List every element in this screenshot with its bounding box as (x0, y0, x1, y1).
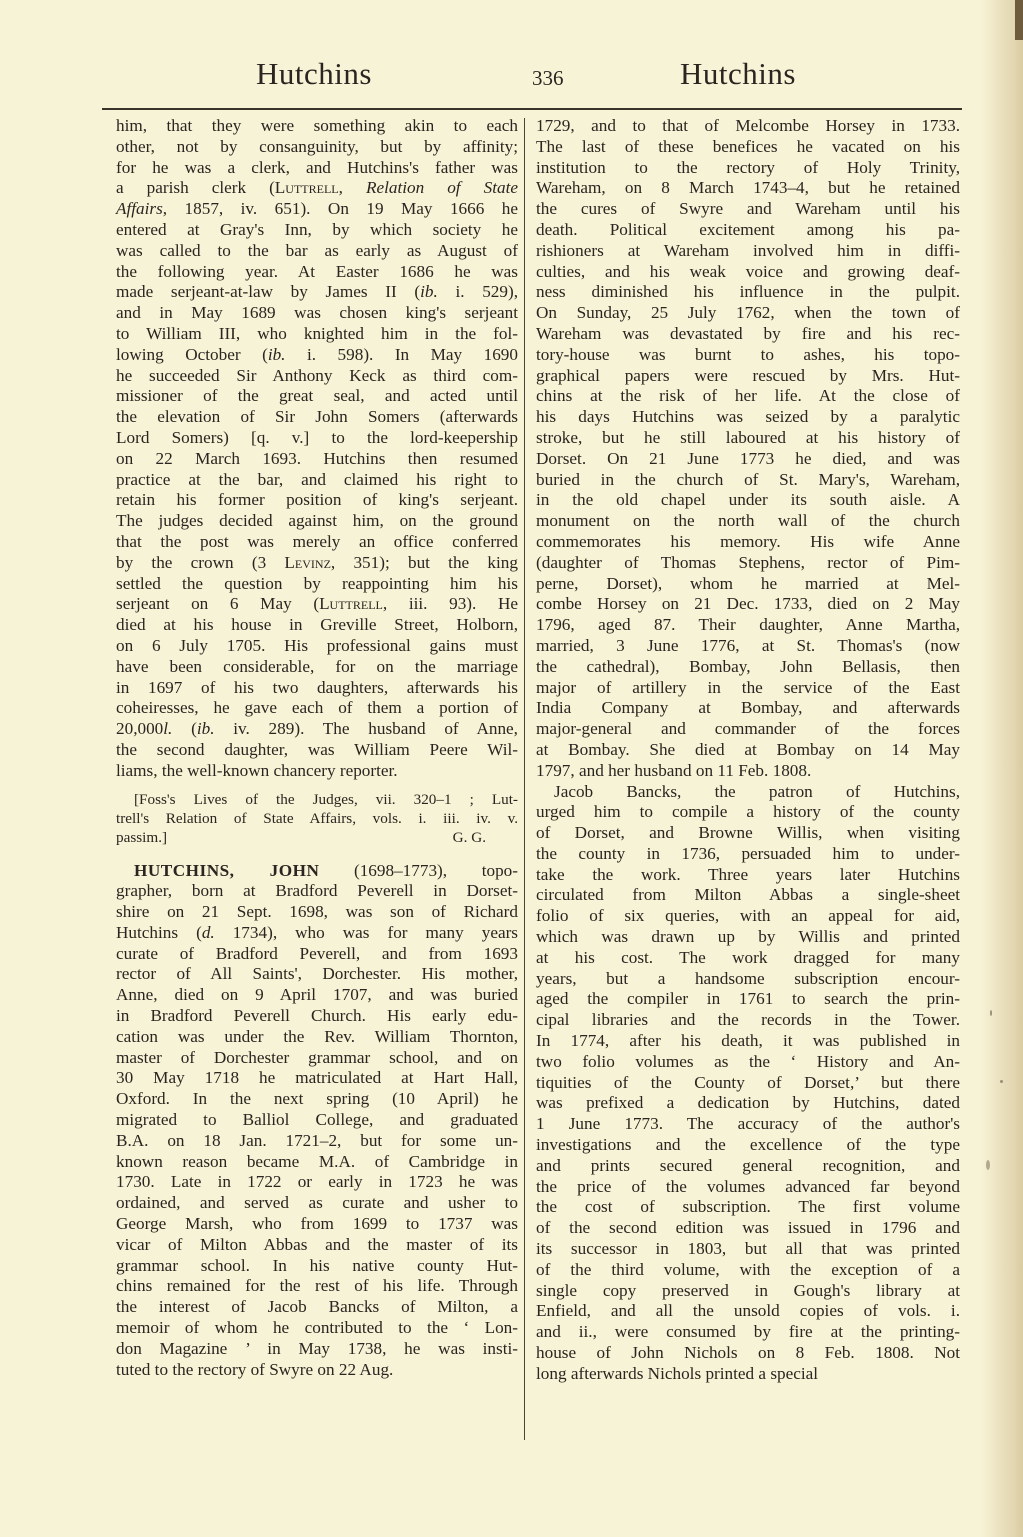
text-line: of the second edition was issued in 1796… (536, 1218, 960, 1239)
text-line: graphical papers were rescued by Mrs. Hu… (536, 366, 960, 387)
text-line: ness diminished his influence in the pul… (536, 282, 960, 303)
text-line: rector of All Saints', Dorchester. His m… (116, 964, 518, 985)
text-line: tiquities of the County of Dorset,’ but … (536, 1073, 960, 1094)
text-line: other, not by consanguinity, but by affi… (116, 137, 518, 158)
page-number: 336 (532, 66, 564, 91)
text-line: The judges decided against him, on the g… (116, 511, 518, 532)
text-line: major-general and commander of the force… (536, 719, 960, 740)
text-line: a parish clerk (Luttrell, Relation of St… (116, 178, 518, 199)
text-line: On Sunday, 25 July 1762, when the town o… (536, 303, 960, 324)
text-line: serjeant on 6 May (Luttrell, iii. 93). H… (116, 594, 518, 615)
text-line: take the work. Three years later Hutchin… (536, 865, 960, 886)
text-line: married, 3 June 1776, at St. Thomas's (n… (536, 636, 960, 657)
text-line: settled the question by reappointing him… (116, 574, 518, 595)
text-line: don Magazine ’ in May 1738, he was insti… (116, 1339, 518, 1360)
text-line: 1 June 1773. The accuracy of the author'… (536, 1114, 960, 1135)
header-left-title: Hutchins (256, 56, 372, 92)
text-line: In 1774, after his death, it was publish… (536, 1031, 960, 1052)
text-line: investigations and the excellence of the… (536, 1135, 960, 1156)
text-line: aged the compiler in 1761 to search the … (536, 989, 960, 1010)
text-line: major of artillery in the service of the… (536, 678, 960, 699)
text-line: George Marsh, who from 1699 to 1737 was (116, 1214, 518, 1235)
text-line: practice at the bar, and claimed his rig… (116, 470, 518, 491)
text-line: tuted to the rectory of Swyre on 22 Aug. (116, 1360, 518, 1381)
text-line: grapher, born at Bradford Peverell in Do… (116, 881, 518, 902)
text-line: curate of Bradford Peverell, and from 16… (116, 944, 518, 965)
text-line: which was drawn up by Willis and printed (536, 927, 960, 948)
text-line: missioner of the great seal, and acted u… (116, 386, 518, 407)
text-line: Lord Somers) [q. v.] to the lord-keepers… (116, 428, 518, 449)
paragraph-history-of-dorset: Jacob Bancks, the patron of Hutchins,urg… (536, 782, 960, 1385)
text-line: Affairs, 1857, iv. 651). On 19 May 1666 … (116, 199, 518, 220)
text-line: that the post was merely an office confe… (116, 532, 518, 553)
text-line: India Company at Bombay, and afterwards (536, 698, 960, 719)
text-line: master of Dorchester grammar school, and… (116, 1048, 518, 1069)
text-line: commemorates his memory. His wife Anne (536, 532, 960, 553)
text-line: ordained, and served as curate and usher… (116, 1193, 518, 1214)
text-line: in 1697 of his two daughters, afterwards… (116, 678, 518, 699)
text-line: trell's Relation of State Affairs, vols.… (116, 809, 518, 828)
column-divider (524, 118, 525, 1440)
text-line: 1797, and her husband on 11 Feb. 1808. (536, 761, 960, 782)
text-line: its successor in 1803, but all that was … (536, 1239, 960, 1260)
text-line: (daughter of Thomas Stephens, rector of … (536, 553, 960, 574)
text-line: the cost of subscription. The first volu… (536, 1197, 960, 1218)
text-line: by the crown (3 Levinz, 351); but the ki… (116, 553, 518, 574)
text-line: Anne, died on 9 April 1707, and was buri… (116, 985, 518, 1006)
text-line: for he was a clerk, and Hutchins's fathe… (116, 158, 518, 179)
text-line: stroke, but he still laboured at his his… (536, 428, 960, 449)
text-line: lowing October (ib. i. 598). In May 1690 (116, 345, 518, 366)
text-line: buried in the church of St. Mary's, Ware… (536, 470, 960, 491)
text-line: years, but a handsome subscription encou… (536, 969, 960, 990)
text-line: to William III, who knighted him in the … (116, 324, 518, 345)
text-line: Dorset. On 21 June 1773 he died, and was (536, 449, 960, 470)
text-line: him, that they were something akin to ea… (116, 116, 518, 137)
text-line: the county in 1736, persuaded him to und… (536, 844, 960, 865)
text-line: death. Political excitement among his pa… (536, 220, 960, 241)
paragraph-john-hutchins-entry: HUTCHINS, JOHN (1698–1773), topo-grapher… (116, 861, 518, 1381)
text-line: have been considerable, for on the marri… (116, 657, 518, 678)
running-header: Hutchins 336 Hutchins (100, 56, 962, 106)
text-line: memoir of whom he contributed to the ‘ L… (116, 1318, 518, 1339)
text-line: chins at the risk of her life. At the cl… (536, 386, 960, 407)
text-line: long afterwards Nichols printed a specia… (536, 1364, 960, 1385)
text-line: house of John Nichols on 8 Feb. 1808. No… (536, 1343, 960, 1364)
text-line: coheiresses, he gave each of them a port… (116, 698, 518, 719)
paragraph-luttrell-biography: him, that they were something akin to ea… (116, 116, 518, 782)
text-line: and ii., were consumed by fire at the pr… (536, 1322, 960, 1343)
text-line: died at his house in Greville Street, Ho… (116, 615, 518, 636)
text-line: culties, and his weak voice and growing … (536, 262, 960, 283)
left-column: him, that they were something akin to ea… (116, 116, 518, 1380)
text-line: the interest of Jacob Bancks of Milton, … (116, 1297, 518, 1318)
text-line: folio of six queries, with an appeal for… (536, 906, 960, 927)
text-line: the cures of Swyre and Wareham until his (536, 199, 960, 220)
text-line: two folio volumes as the ‘ History and A… (536, 1052, 960, 1073)
paragraph-later-career: 1729, and to that of Melcombe Horsey in … (536, 116, 960, 782)
text-line: his days Hutchins was seized by a paraly… (536, 407, 960, 428)
text-line: 20,000l. (ib. iv. 289). The husband of A… (116, 719, 518, 740)
text-line: at his cost. The work dragged for many (536, 948, 960, 969)
text-line: rishioners at Wareham involved him in di… (536, 241, 960, 262)
text-line: [Foss's Lives of the Judges, vii. 320–1 … (116, 790, 518, 809)
text-line: The last of these benefices he vacated o… (536, 137, 960, 158)
text-line: Wareham, on 8 March 1743–4, but he retai… (536, 178, 960, 199)
text-line: entered at Gray's Inn, by which society … (116, 220, 518, 241)
text-line: on 22 March 1693. Hutchins then resumed (116, 449, 518, 470)
page-edge-mark (1015, 0, 1023, 40)
text-line: institution to the rectory of Holy Trini… (536, 158, 960, 179)
text-line: retain his former position of king's ser… (116, 490, 518, 511)
text-line: passim.]G. G. (116, 828, 518, 847)
text-line: in Bradford Peverell Church. His early e… (116, 1006, 518, 1027)
text-line: monument on the north wall of the church (536, 511, 960, 532)
text-line: Wareham was devastated by fire and his r… (536, 324, 960, 345)
text-line: Hutchins (d. 1734), who was for many yea… (116, 923, 518, 944)
text-line: was called to the bar as early as August… (116, 241, 518, 262)
text-line: tory-house was burnt to ashes, his topo- (536, 345, 960, 366)
text-line: he succeeded Sir Anthony Keck as third c… (116, 366, 518, 387)
text-line: the second daughter, was William Peere W… (116, 740, 518, 761)
text-line: of the third volume, with the exception … (536, 1260, 960, 1281)
text-line: in the old chapel under its south aisle.… (536, 490, 960, 511)
header-right-title: Hutchins (680, 56, 796, 92)
author-signature: G. G. (453, 828, 486, 847)
paper-speck (990, 1010, 992, 1016)
text-line: B.A. on 18 Jan. 1721–2, but for some un- (116, 1131, 518, 1152)
text-line: grammar school. In his native county Hut… (116, 1256, 518, 1277)
text-line: shire on 21 Sept. 1698, was son of Richa… (116, 902, 518, 923)
paper-speck (986, 1160, 990, 1170)
text-line: and prints secured general recognition, … (536, 1156, 960, 1177)
text-line: Jacob Bancks, the patron of Hutchins, (536, 782, 960, 803)
text-line: liams, the well-known chancery reporter. (116, 761, 518, 782)
text-line: the cathedral), Bombay, John Bellasis, t… (536, 657, 960, 678)
sources-note: [Foss's Lives of the Judges, vii. 320–1 … (116, 790, 518, 847)
text-line: 1729, and to that of Melcombe Horsey in … (536, 116, 960, 137)
text-line: vicar of Milton Abbas and the master of … (116, 1235, 518, 1256)
text-line: on 6 July 1705. His professional gains m… (116, 636, 518, 657)
text-line: perne, Dorset), whom he married at Mel- (536, 574, 960, 595)
text-line: at Bombay. She died at Bombay on 14 May (536, 740, 960, 761)
text-line: Oxford. In the next spring (10 April) he (116, 1089, 518, 1110)
text-line: cipal libraries and the records in the T… (536, 1010, 960, 1031)
text-line: Enfield, and all the unsold copies of vo… (536, 1301, 960, 1322)
text-line: and in May 1689 was chosen king's serjea… (116, 303, 518, 324)
text-line: the following year. At Easter 1686 he wa… (116, 262, 518, 283)
page-edge-shadow (981, 0, 1023, 1537)
header-rule (102, 108, 962, 110)
text-line: of Dorset, and Browne Willis, when visit… (536, 823, 960, 844)
right-column: 1729, and to that of Melcombe Horsey in … (536, 116, 960, 1385)
text-line: 1796, aged 87. Their daughter, Anne Mart… (536, 615, 960, 636)
text-line: combe Horsey on 21 Dec. 1733, died on 2 … (536, 594, 960, 615)
paper-speck (1000, 1080, 1003, 1083)
text-line: circulated from Milton Abbas a single-sh… (536, 885, 960, 906)
text-line: urged him to compile a history of the co… (536, 802, 960, 823)
text-line: migrated to Balliol College, and graduat… (116, 1110, 518, 1131)
text-line: 1730. Late in 1722 or early in 1723 he w… (116, 1172, 518, 1193)
text-line: the price of the volumes advanced far be… (536, 1177, 960, 1198)
text-line: single copy preserved in Gough's library… (536, 1281, 960, 1302)
text-line: made serjeant-at-law by James II (ib. i.… (116, 282, 518, 303)
text-line: HUTCHINS, JOHN (1698–1773), topo- (116, 861, 518, 882)
text-line: known reason became M.A. of Cambridge in (116, 1152, 518, 1173)
text-line: was prefixed a dedication by Hutchins, d… (536, 1093, 960, 1114)
text-line: 30 May 1718 he matriculated at Hart Hall… (116, 1068, 518, 1089)
text-line: the elevation of Sir John Somers (afterw… (116, 407, 518, 428)
text-line: chins remained for the rest of his life.… (116, 1276, 518, 1297)
text-line: cation was under the Rev. William Thornt… (116, 1027, 518, 1048)
